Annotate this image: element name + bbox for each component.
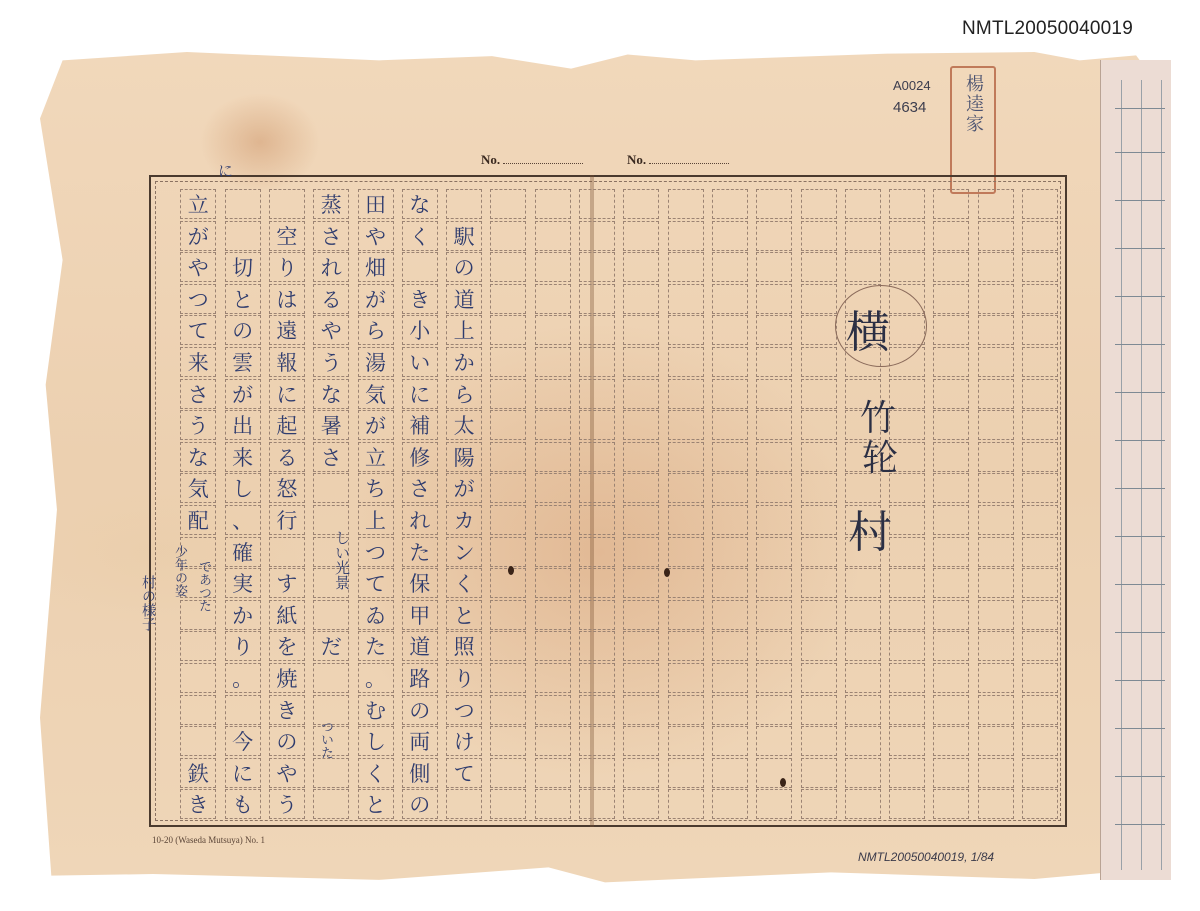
grid-cell [933,410,969,440]
grid-column [668,189,704,821]
grid-cell [490,631,526,661]
grid-cell [579,568,615,598]
grid-cell [933,537,969,567]
handwritten-char: カ [446,505,482,535]
grid-cell [756,505,792,535]
grid-cell [845,758,881,788]
handwritten-char: き [269,695,305,725]
grid-cell [978,473,1014,503]
handwritten-char [313,600,349,630]
grid-cell [1022,505,1058,535]
grid-cell [978,726,1014,756]
handwritten-char: が [358,284,394,314]
handwritten-char: も [225,789,261,819]
grid-cell [1022,410,1058,440]
handwritten-char: き [402,284,438,314]
grid-cell [623,315,659,345]
handwritten-char: と [358,789,394,819]
grid-column [712,189,748,821]
grid-cell [490,600,526,630]
grid-cell [801,189,837,219]
grid-cell [579,284,615,314]
grid-cell [623,505,659,535]
handwritten-char: だ [313,631,349,661]
grid-cell [756,631,792,661]
grid-cell [756,221,792,251]
grid-cell [1022,631,1058,661]
grid-cell [712,631,748,661]
grid-cell [579,221,615,251]
handwritten-char: り [225,631,261,661]
grid-cell [801,442,837,472]
grid-cell [978,189,1014,219]
grid-cell [668,284,704,314]
grid-cell [978,537,1014,567]
grid-cell [490,189,526,219]
handwritten-char: さ [313,221,349,251]
grid-cell [579,315,615,345]
handwritten-char: つ [358,537,394,567]
grid-cell [668,758,704,788]
handwritten-char: う [180,410,216,440]
grid-cell [712,347,748,377]
grid-cell [978,758,1014,788]
grid-cell [845,600,881,630]
title-char-1: 横 [846,296,890,360]
handwritten-char: ン [446,537,482,567]
grid-cell [801,221,837,251]
grid-cell [490,663,526,693]
grid-cell [535,505,571,535]
grid-cell [712,315,748,345]
grid-cell [668,505,704,535]
handwritten-char: て [446,758,482,788]
handwritten-char: 太 [446,410,482,440]
grid-cell [490,726,526,756]
handwritten-char [269,189,305,219]
handwritten-char: や [313,315,349,345]
grid-cell [668,631,704,661]
grid-cell [490,537,526,567]
grid-cell [535,189,571,219]
handwritten-char [225,221,261,251]
grid-cell [801,379,837,409]
grid-cell [756,252,792,282]
grid-cell [1022,726,1058,756]
grid-cell [933,758,969,788]
title-char-4: 村 [848,496,892,560]
grid-cell [978,252,1014,282]
ink-spot [780,778,786,787]
handwritten-char: 側 [402,758,438,788]
grid-cell [623,600,659,630]
grid-cell [579,379,615,409]
grid-cell [623,789,659,819]
grid-cell [535,473,571,503]
grid-cell [801,758,837,788]
grid-cell [1022,315,1058,345]
handwritten-char [269,537,305,567]
grid-cell [535,663,571,693]
top-margin-mark: に [218,160,233,181]
grid-cell [889,537,925,567]
grid-cell [845,252,881,282]
grid-cell [712,789,748,819]
grid-cell [712,505,748,535]
grid-cell [889,505,925,535]
grid-cell [490,758,526,788]
grid-cell [490,473,526,503]
handwritten-char: ち [358,473,394,503]
grid-cell [579,252,615,282]
grid-cell [978,442,1014,472]
grid-cell [801,631,837,661]
grid-cell [801,284,837,314]
handwritten-char: 行 [269,505,305,535]
grid-cell [490,695,526,725]
grid-cell [978,284,1014,314]
grid-cell [535,537,571,567]
handwritten-char: 補 [402,410,438,440]
handwritten-char: す [269,568,305,598]
grid-cell [535,379,571,409]
handwritten-char: 雲 [225,347,261,377]
grid-cell [978,379,1014,409]
handwritten-char [180,663,216,693]
grid-cell [978,600,1014,630]
grid-cell [845,789,881,819]
grid-cell [668,252,704,282]
grid-cell [668,315,704,345]
grid-cell [668,442,704,472]
grid-cell [756,568,792,598]
grid-cell [623,726,659,756]
handwritten-char: く [402,221,438,251]
handwritten-char: て [180,315,216,345]
grid-cell [712,537,748,567]
grid-cell [978,221,1014,251]
grid-cell [579,537,615,567]
catalog-id: NMTL20050040019 [962,18,1133,40]
margin-note-1: しい光景 [332,530,353,590]
grid-cell [889,631,925,661]
grid-cell [889,221,925,251]
grid-cell [668,347,704,377]
handwritten-char: り [269,252,305,282]
grid-cell [933,505,969,535]
grid-cell [1022,473,1058,503]
grid-cell [1022,221,1058,251]
margin-note-3: であつた [194,560,213,612]
handwritten-char: 道 [446,284,482,314]
grid-cell [933,473,969,503]
grid-cell [756,726,792,756]
grid-cell [535,695,571,725]
left-margin-note: 村の様子 [138,575,158,631]
grid-cell [801,568,837,598]
handwritten-char: の [402,789,438,819]
handwritten-char: 湯 [358,347,394,377]
grid-cell [1022,695,1058,725]
grid-cell [978,568,1014,598]
grid-cell [1022,537,1058,567]
grid-cell [801,505,837,535]
grid-cell [579,789,615,819]
handwritten-char: う [313,347,349,377]
grid-column [889,189,925,821]
grid-cell [490,284,526,314]
handwritten-char: 甲 [402,600,438,630]
grid-cell [978,347,1014,377]
grid-cell [712,568,748,598]
handwritten-char: や [269,758,305,788]
handwritten-char: ゐ [358,600,394,630]
grid-cell [889,252,925,282]
grid-cell [712,379,748,409]
handwritten-char: 鉄 [180,758,216,788]
grid-cell [623,284,659,314]
grid-cell [801,663,837,693]
grid-cell [712,442,748,472]
handwritten-char: と [225,284,261,314]
grid-cell [933,315,969,345]
grid-cell [668,410,704,440]
grid-cell [668,221,704,251]
handwritten-char: し [358,726,394,756]
grid-cell [490,347,526,377]
grid-cell [712,410,748,440]
grid-cell [933,347,969,377]
grid-cell [712,189,748,219]
margin-note-2: ついた [316,720,335,759]
grid-cell [845,726,881,756]
grid-cell [579,663,615,693]
grid-cell [535,726,571,756]
grid-cell [712,726,748,756]
grid-cell [756,189,792,219]
grid-cell [623,537,659,567]
grid-cell [845,221,881,251]
grid-cell [978,695,1014,725]
handwritten-char: に [402,379,438,409]
grid-cell [712,758,748,788]
grid-cell [933,252,969,282]
grid-cell [668,663,704,693]
grid-cell [623,189,659,219]
handwritten-char: が [446,473,482,503]
handwritten-char: 陽 [446,442,482,472]
handwritten-char: な [313,379,349,409]
grid-cell [933,189,969,219]
grid-cell [579,347,615,377]
grid-cell [623,695,659,725]
grid-column: 空りは遠報に起る怒行す紙を焼きのやう [269,189,305,821]
handwritten-char: に [225,758,261,788]
handwritten-char: き [180,789,216,819]
grid-cell [668,568,704,598]
grid-cell [668,695,704,725]
grid-cell [535,758,571,788]
handwritten-char: た [358,631,394,661]
handwritten-char: な [402,189,438,219]
grid-cell [978,315,1014,345]
handwritten-char: し [225,473,261,503]
footer-catalog-id: NMTL20050040019, 1/84 [858,850,994,864]
grid-cell [535,221,571,251]
grid-cell [845,189,881,219]
handwritten-char: れ [402,505,438,535]
grid-cell [623,631,659,661]
grid-cell [579,758,615,788]
handwritten-char: 気 [358,379,394,409]
grid-cell [712,221,748,251]
handwritten-char: 暑 [313,410,349,440]
handwritten-char: 保 [402,568,438,598]
handwritten-char: る [313,284,349,314]
ink-spot [508,566,514,575]
grid-cell [889,189,925,219]
grid-cell [933,663,969,693]
grid-cell [756,410,792,440]
grid-cell [535,568,571,598]
grid-cell [668,379,704,409]
handwritten-char: く [358,758,394,788]
handwritten-char: て [358,568,394,598]
handwritten-char [225,695,261,725]
grid-cell [668,789,704,819]
grid-cell [623,347,659,377]
handwritten-char: 起 [269,410,305,440]
grid-column: 立がやつて来さうな気配鉄き [180,189,216,821]
grid-cell [845,631,881,661]
grid-cell [845,663,881,693]
grid-column: なくき小いに補修された保甲道路の両側の [402,189,438,821]
handwritten-char [446,789,482,819]
ink-spot [664,568,670,577]
grid-cell [712,600,748,630]
grid-cell [756,284,792,314]
grid-cell [978,505,1014,535]
grid-cell [801,789,837,819]
handwritten-char: 上 [446,315,482,345]
grid-cell [490,505,526,535]
grid-cell [535,600,571,630]
grid-cell [801,600,837,630]
grid-cell [623,221,659,251]
grid-cell [535,315,571,345]
grid-cell [668,473,704,503]
grid-column [756,189,792,821]
handwritten-char: 両 [402,726,438,756]
grid-cell [801,695,837,725]
handwritten-char: が [358,410,394,440]
paper-maker-imprint: 10-20 (Waseda Mutsuya) No. 1 [152,835,265,845]
grid-cell [579,410,615,440]
grid-cell [933,568,969,598]
grid-cell [756,600,792,630]
grid-cell [668,600,704,630]
grid-cell [623,442,659,472]
handwritten-char: 気 [180,473,216,503]
grid-cell [1022,347,1058,377]
handwritten-char: 小 [402,315,438,345]
handwritten-char: が [180,221,216,251]
grid-cell [933,726,969,756]
grid-cell [579,442,615,472]
handwritten-char: 来 [225,442,261,472]
handwritten-char: 田 [358,189,394,219]
grid-cell [889,758,925,788]
grid-cell [623,252,659,282]
grid-cell [933,631,969,661]
grid-cell [889,568,925,598]
handwritten-char [180,695,216,725]
handwritten-char: 報 [269,347,305,377]
handwritten-char [180,631,216,661]
grid-cell [579,505,615,535]
handwritten-char: た [402,537,438,567]
grid-column [490,189,526,821]
grid-cell [623,568,659,598]
grid-cell [801,473,837,503]
grid-cell [1022,600,1058,630]
handwritten-char: り [446,663,482,693]
grid-cell [1022,442,1058,472]
handwritten-char: つ [446,695,482,725]
grid-cell [1022,568,1058,598]
grid-cell [490,410,526,440]
grid-cell [756,379,792,409]
handwritten-char: を [269,631,305,661]
handwritten-char: な [180,442,216,472]
grid-cell [1022,284,1058,314]
handwritten-char: の [269,726,305,756]
handwritten-char: 。 [225,663,261,693]
handwritten-char: 今 [225,726,261,756]
grid-cell [978,789,1014,819]
handwritten-char: さ [313,442,349,472]
handwritten-char: 確 [225,537,261,567]
grid-cell [933,379,969,409]
handwritten-char: か [446,347,482,377]
grid-cell [1022,379,1058,409]
handwritten-char: の [225,315,261,345]
handwritten-char: う [269,789,305,819]
handwritten-char: 遠 [269,315,305,345]
handwritten-char: ら [358,315,394,345]
grid-cell [579,631,615,661]
handwritten-char: つ [180,284,216,314]
handwritten-char [225,189,261,219]
grid-cell [801,315,837,345]
page-number-label-left: No. [481,152,583,168]
grid-cell [623,379,659,409]
grid-column [801,189,837,821]
grid-column [535,189,571,821]
grid-cell [712,663,748,693]
grid-cell [756,442,792,472]
handwritten-char: 畑 [358,252,394,282]
grid-cell [490,252,526,282]
grid-column [579,189,615,821]
grid-cell [801,726,837,756]
grid-cell [756,758,792,788]
handwritten-char: や [358,221,394,251]
grid-cell [933,695,969,725]
handwritten-char: 焼 [269,663,305,693]
grid-cell [490,789,526,819]
handwritten-char: 立 [180,189,216,219]
